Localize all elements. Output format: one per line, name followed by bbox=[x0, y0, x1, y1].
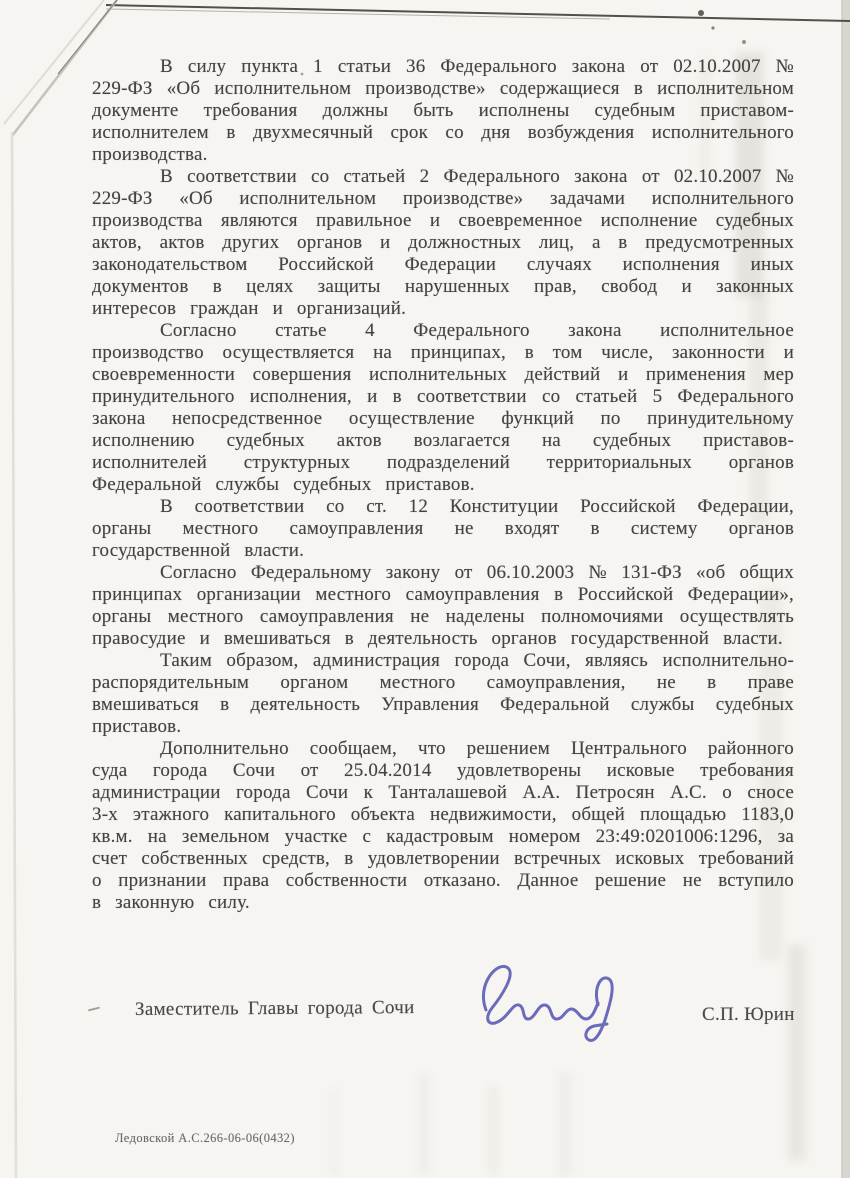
paragraph: В силу пункта 1 статьи 36 Федерального з… bbox=[92, 56, 794, 166]
paragraph: Согласно статье 4 Федерального закона ис… bbox=[92, 320, 794, 496]
letter-body: В силу пункта 1 статьи 36 Федерального з… bbox=[92, 56, 794, 914]
paragraph: Таким образом, администрация города Сочи… bbox=[92, 650, 794, 738]
paragraph: Дополнительно сообщаем, что решением Цен… bbox=[92, 738, 794, 914]
paragraph: Согласно Федеральному закону от 06.10.20… bbox=[92, 562, 794, 650]
paragraph: В соответствии со статьей 2 Федерального… bbox=[92, 166, 794, 320]
scanned-page: В силу пункта 1 статьи 36 Федерального з… bbox=[0, 0, 850, 1178]
signer-title: Заместитель Главы города Сочи bbox=[135, 997, 415, 1021]
signature-ink bbox=[462, 948, 647, 1053]
paper-top-edge bbox=[106, 5, 850, 21]
signer-name: С.П. Юрин bbox=[702, 1004, 795, 1026]
signature-block: Заместитель Главы города Сочи С.П. Юрин bbox=[0, 946, 850, 1066]
pen-mark bbox=[88, 1007, 100, 1012]
executor-note: Ледовской А.С.266-06-06(0432) bbox=[115, 1131, 295, 1146]
paragraph: В соответствии со ст. 12 Конституции Рос… bbox=[92, 496, 794, 562]
